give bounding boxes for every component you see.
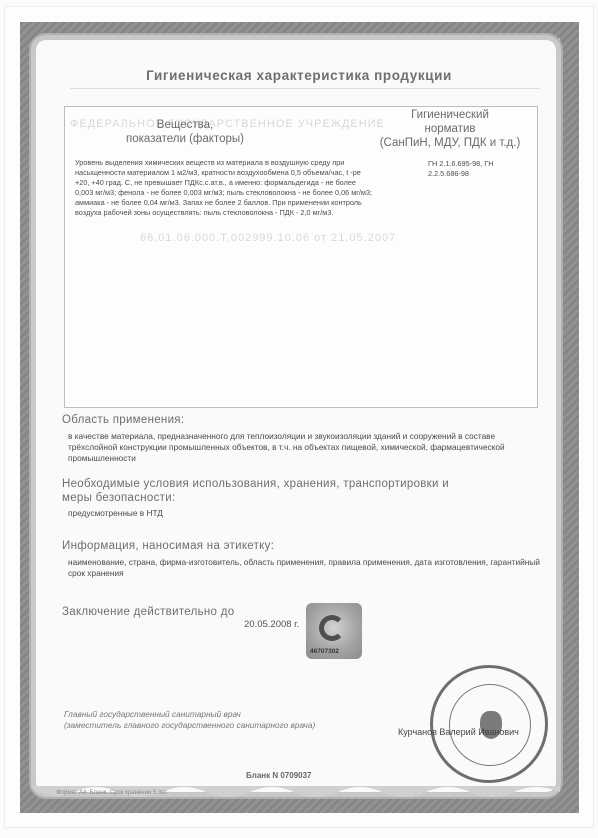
hologram-number: 46707302 [310,648,339,655]
position-line: Главный государственный санитарный врач [64,709,315,720]
page-title: Гигиеническая характеристика продукции [0,68,598,83]
signer-name: Курчанов Валерий Иванович [398,727,519,737]
format-note: Формат А4. Бланк. Срок хранения 5 лет. [56,790,168,796]
position-line: (заместитель главного государственного с… [64,720,315,731]
label-info-heading: Информация, наносимая на этикетку: [62,539,274,553]
blank-number: Бланк N 0709037 [246,771,311,780]
header-line: норматив [370,122,530,136]
table-cell-description: Уровень выделения химических веществ из … [75,158,375,218]
header-line: Гигиенический [370,108,530,122]
column-header-norm: Гигиенический норматив (СанПиН, МДУ, ПДК… [370,108,530,150]
hologram-sticker: 46707302 [306,603,362,659]
header-line: Вещества, [120,118,250,132]
watermark-text: 66.01.06.000.Т.002999.10.06 от 21.05.200… [140,232,396,244]
column-header-substances: Вещества, показатели (факторы) [120,118,250,146]
seal-inner-ring [449,684,531,766]
header-line: показатели (факторы) [120,132,250,146]
application-heading: Область применения: [62,413,184,427]
conditions-text: предусмотренные в НТД [68,508,546,519]
divider [70,88,540,89]
label-info-text: наименование, страна, фирма-изготовитель… [68,557,546,579]
doctor-position: Главный государственный санитарный врач … [64,709,315,731]
validity-label: Заключение действительно до [62,605,234,619]
certification-logo-icon [319,615,345,641]
official-seal-icon [430,665,548,783]
hygiene-table [64,106,538,408]
header-line: (СанПиН, МДУ, ПДК и т.д.) [370,136,530,150]
conditions-heading: Необходимые условия использования, хране… [62,477,462,505]
table-cell-norm: ГН 2.1.6.695-98, ГН 2.2.5.686-98 [428,159,528,179]
validity-date: 20.05.2008 г. [244,619,299,630]
application-text: в качестве материала, предназначенного д… [68,431,546,464]
